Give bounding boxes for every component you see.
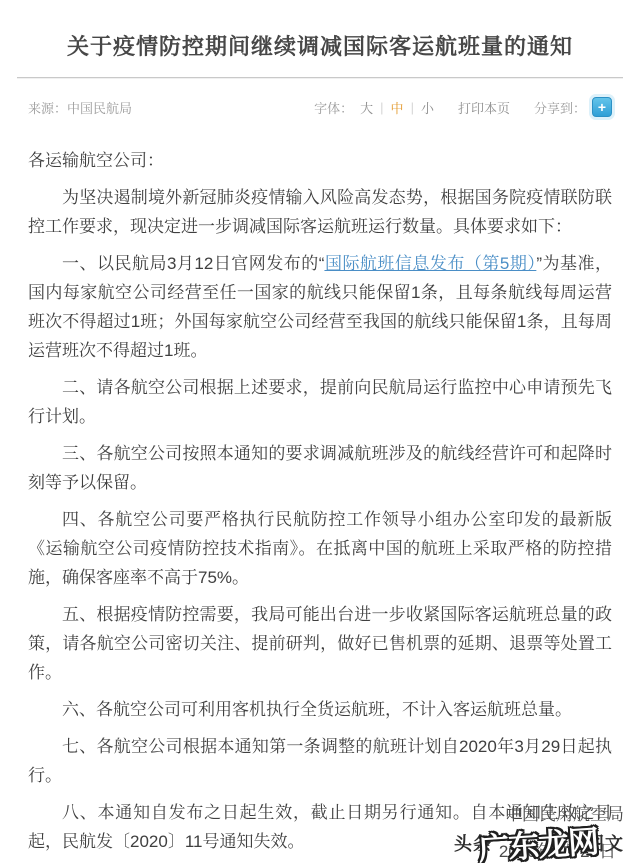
salutation: 各运输航空公司： xyxy=(28,146,612,175)
font-size-large[interactable]: 大 xyxy=(360,98,373,117)
paragraph-item5: 五、根据疫情防控需要，我局可能出台进一步收紧国际客运航班总量的政策，请各航空公司… xyxy=(28,600,612,687)
print-page-button[interactable]: 打印本页 xyxy=(458,98,510,117)
plus-icon: + xyxy=(598,100,606,114)
paragraph-item4: 四、各航空公司要严格执行民航防控工作领导小组办公室印发的最新版《运输航空公司疫情… xyxy=(28,505,612,592)
share-to-label: 分享到： xyxy=(534,98,586,117)
separator: | xyxy=(411,100,414,115)
paragraph-item6: 六、各航空公司可利用客机执行全货运航班，不计入客运航班总量。 xyxy=(28,695,612,724)
font-size-label: 字体： xyxy=(314,98,353,117)
signature-block: 中国民用航空局 2020年3月26日 xyxy=(499,800,626,863)
item1-prefix: 一、以民航局3月12日官网发布的“ xyxy=(62,254,324,273)
issue-date: 2020年3月26日 xyxy=(499,837,626,863)
font-size-medium[interactable]: 中 xyxy=(391,98,404,117)
meta-toolbar: 来源：中国民航局 字体： 大 | 中 | 小 打印本页 分享到： + xyxy=(28,95,612,119)
notice-body: 各运输航空公司： 为坚决遏制境外新冠肺炎疫情输入风险高发态势，根据国务院疫情联防… xyxy=(28,146,612,856)
toolbar-actions: 字体： 大 | 中 | 小 打印本页 分享到： + xyxy=(314,97,612,117)
source-label: 来源：中国民航局 xyxy=(28,98,132,117)
paragraph-item1: 一、以民航局3月12日官网发布的“国际航班信息发布（第5期）”为基准，国内每家航… xyxy=(28,249,612,365)
paragraph-item3: 三、各航空公司按照本通知的要求调减航班涉及的航线经营许可和起降时刻等予以保留。 xyxy=(28,439,612,497)
paragraph-item7: 七、各航空公司根据本通知第一条调整的航班计划自2020年3月29日起执行。 xyxy=(28,732,612,790)
issuing-authority: 中国民用航空局 xyxy=(499,800,626,829)
separator: | xyxy=(380,100,383,115)
flight-info-bulletin-link[interactable]: 国际航班信息发布（第5期） xyxy=(324,254,536,273)
share-button[interactable]: + xyxy=(592,97,612,117)
font-size-small[interactable]: 小 xyxy=(421,98,434,117)
paragraph-item2: 二、请各航空公司根据上述要求，提前向民航局运行监控中心申请预先飞行计划。 xyxy=(28,373,612,431)
title-divider xyxy=(17,77,623,79)
page-title: 关于疫情防控期间继续调减国际客运航班量的通知 xyxy=(0,15,640,63)
paragraph-intro: 为坚决遏制境外新冠肺炎疫情输入风险高发态势，根据国务院疫情联防联控工作要求，现决… xyxy=(28,183,612,241)
